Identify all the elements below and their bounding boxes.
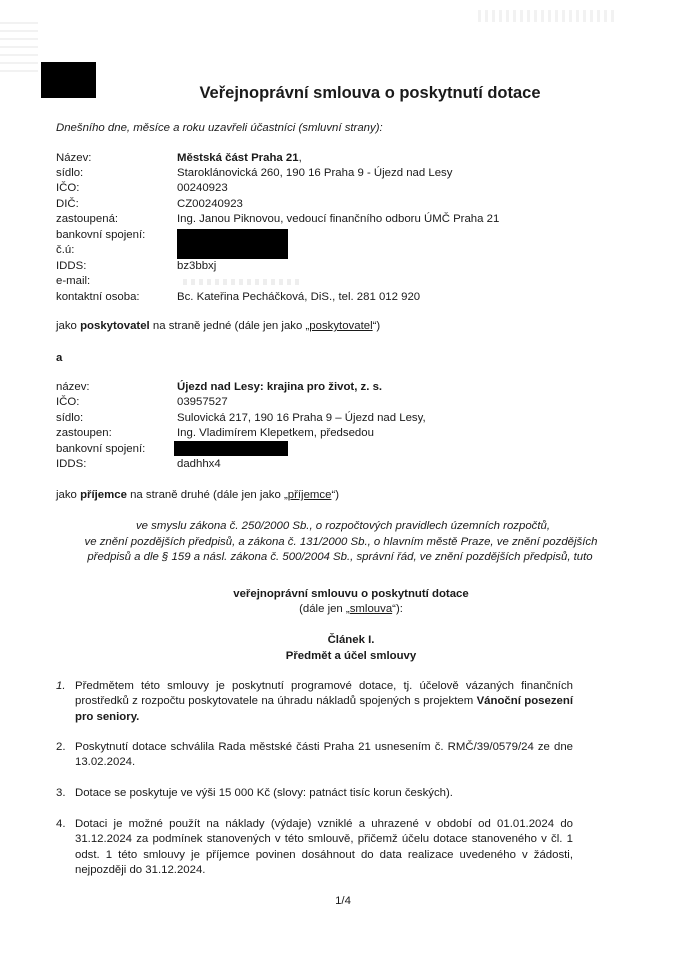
document-title: Veřejnoprávní smlouva o poskytnutí dotac… <box>0 84 678 103</box>
contract-name: veřejnoprávní smlouvu o poskytnutí dotac… <box>0 587 678 603</box>
scan-stamp-top-left <box>0 16 38 72</box>
redacted-recipient-bank <box>174 441 288 456</box>
recipient-idds: dadhhx4 <box>177 457 221 472</box>
recipient-seat: Sulovická 217, 190 16 Praha 9 – Újezd na… <box>177 411 426 426</box>
scan-stamp-top-right <box>478 10 618 22</box>
provider-name: Městská část Praha 21 <box>177 152 299 164</box>
redacted-bank-details <box>177 229 288 259</box>
recipient-representative: Ing. Vladimírem Klepetkem, předsedou <box>177 426 374 441</box>
article-heading: Předmět a účel smlouvy <box>0 649 678 665</box>
field-label: Název: <box>56 151 91 166</box>
article-item-3: 3. Dotace se poskytuje ve výši 15 000 Kč… <box>56 786 573 801</box>
provider-seat: Staroklánovická 260, 190 16 Praha 9 - Új… <box>177 166 452 181</box>
legal-basis: ve smyslu zákona č. 250/2000 Sb., o rozp… <box>0 519 678 566</box>
recipient-role-line: jako příjemce na straně druhé (dále jen … <box>56 489 339 501</box>
recipient-name: Újezd nad Lesy: krajina pro život, z. s. <box>177 380 382 395</box>
provider-role-line: jako poskytovatel na straně jedné (dále … <box>56 320 380 332</box>
article-item-2: 2. Poskytnutí dotace schválila Rada měst… <box>56 740 573 771</box>
provider-dic: CZ00240923 <box>177 197 243 212</box>
article-item-1: 1. Předmětem této smlouvy je poskytnutí … <box>56 679 573 725</box>
provider-representative: Ing. Janou Piknovou, vedoucí finančního … <box>177 212 499 227</box>
and-word: a <box>56 352 62 364</box>
provider-contact: Bc. Kateřina Pecháčková, DiS., tel. 281 … <box>177 290 420 305</box>
provider-idds: bz3bbxj <box>177 259 216 274</box>
faded-email <box>183 279 303 285</box>
intro-text: Dnešního dne, měsíce a roku uzavřeli úča… <box>56 122 383 134</box>
page-number: 1/4 <box>0 895 678 907</box>
provider-ico: 00240923 <box>177 181 228 196</box>
recipient-ico: 03957527 <box>177 395 228 410</box>
article-item-4: 4. Dotaci je možné použít na náklady (vý… <box>56 817 573 879</box>
contract-alias: (dále jen „smlouva“): <box>0 602 678 618</box>
article-number: Článek I. <box>0 633 678 649</box>
